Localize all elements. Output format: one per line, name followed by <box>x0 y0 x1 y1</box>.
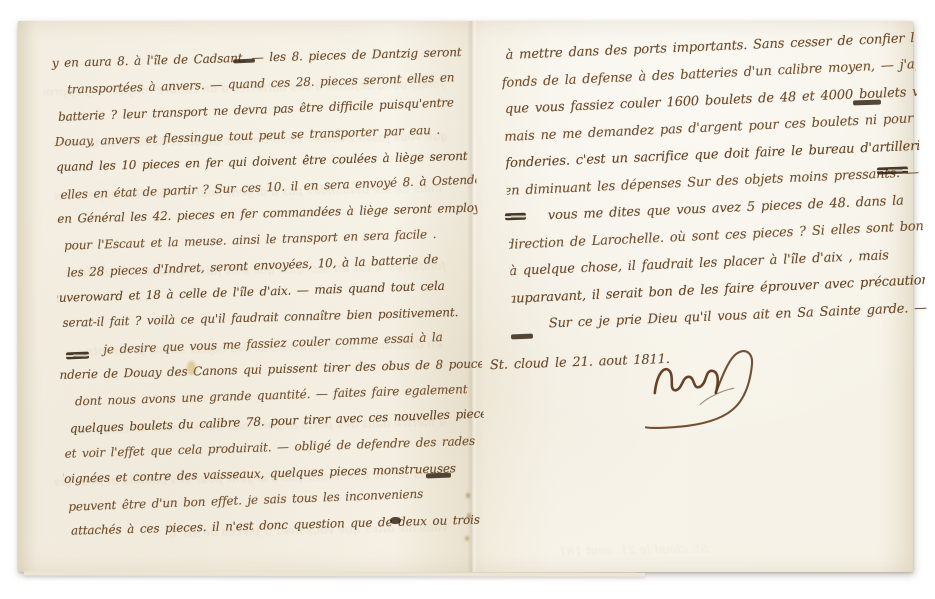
signature-stroke <box>654 367 718 395</box>
ink-blot <box>511 334 533 340</box>
foxing-spot <box>466 493 470 498</box>
signature-stroke <box>643 351 754 429</box>
right-page-text: à mettre dans des ports importants. Sans… <box>500 24 927 344</box>
ink-blot <box>233 59 255 64</box>
ink-blot <box>853 100 881 106</box>
ink-blot <box>390 517 401 524</box>
ink-blot <box>505 213 526 221</box>
ink-blot <box>877 166 908 174</box>
napoleon-signature: Napol <box>636 346 789 451</box>
foxing-spot <box>187 361 196 375</box>
letter-scan: fonds de la defense à des batteries d'un… <box>18 21 913 572</box>
ghost-text-line: St. cloud le 21. aout 1811. <box>558 541 708 558</box>
signature-flourish <box>636 346 789 451</box>
ink-blot <box>66 352 89 360</box>
left-page-text: — y en aura 8. à l'île de Cadsant. — les… <box>50 38 487 551</box>
foxing-spot <box>467 513 471 519</box>
ink-blot <box>426 473 451 479</box>
foxing-spot <box>465 536 469 541</box>
